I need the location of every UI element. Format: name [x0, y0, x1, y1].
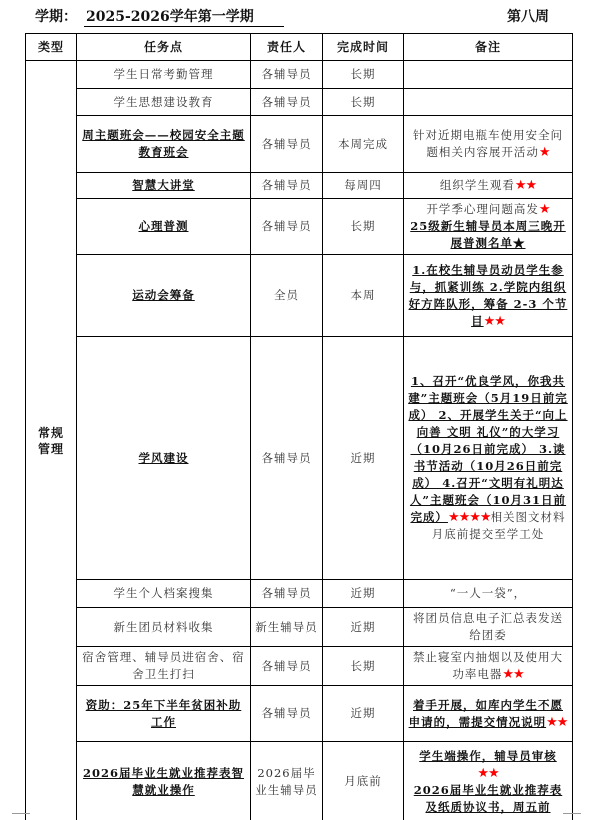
task-cell: 运动会筹备: [77, 255, 251, 337]
owner-cell: 各辅导员: [251, 199, 323, 255]
note-bold-text: 学生端操作，辅导员审核: [419, 749, 557, 763]
due-cell: 本周完成: [323, 116, 404, 173]
red-star-icon: ★★: [484, 314, 505, 329]
col-header-task: 任务点: [77, 34, 251, 61]
col-header-due: 完成时间: [323, 34, 404, 61]
note-cell: 禁止寝室内抽烟以及使用大功率电器★★: [404, 647, 573, 686]
task-text: 心理普测: [139, 219, 189, 233]
task-cell: 心理普测: [77, 199, 251, 255]
term-value: 2025-2026学年第一学期: [84, 6, 284, 27]
red-star-icon: ★: [539, 202, 550, 217]
table-header-row: 类型 任务点 责任人 完成时间 备注: [26, 34, 573, 61]
due-cell: 近期: [323, 337, 404, 580]
owner-cell: 各辅导员: [251, 173, 323, 199]
owner-cell: 各辅导员: [251, 647, 323, 686]
task-cell: 新生团员材料收集: [77, 608, 251, 647]
task-cell: 周主题班会——校园安全主题教育班会: [77, 116, 251, 173]
red-star-icon: ★: [539, 145, 550, 160]
note-bold-text-2: 2026届毕业生就业推荐表及纸质协议书，周五前: [414, 783, 563, 814]
owner-cell: 各辅导员: [251, 89, 323, 116]
document-header: 学期： 2025-2026学年第一学期 第八周: [0, 4, 593, 28]
due-cell: 近期: [323, 580, 404, 608]
task-text: 学风建设: [139, 451, 189, 465]
task-text: 周主题班会——校园安全主题教育班会: [82, 128, 245, 159]
red-star-icon: ★★: [477, 766, 498, 781]
task-text: 资助：25年下半年贫困补助工作: [86, 698, 242, 729]
owner-cell: 各辅导员: [251, 686, 323, 742]
due-cell: 每周四: [323, 173, 404, 199]
task-cell: 学生个人档案搜集: [77, 580, 251, 608]
col-header-owner: 责任人: [251, 34, 323, 61]
task-cell: 学风建设: [77, 337, 251, 580]
task-cell: 智慧大讲堂: [77, 173, 251, 199]
note-text: 禁止寝室内抽烟以及使用大功率电器: [413, 650, 563, 681]
task-cell: 2026届毕业生就业推荐表智慧就业操作: [77, 742, 251, 820]
note-cell: “一人一袋”，: [404, 580, 573, 608]
owner-cell: 新生辅导员: [251, 608, 323, 647]
task-cell: 学生日常考勤管理: [77, 61, 251, 89]
table-row: 学风建设 各辅导员 近期 1、召开“优良学风，你我共建”主题班会（5月19日前完…: [26, 337, 573, 580]
owner-cell: 全员: [251, 255, 323, 337]
due-cell: 长期: [323, 199, 404, 255]
note-cell: 将团员信息电子汇总表发送给团委: [404, 608, 573, 647]
note-cell: 1、召开“优良学风，你我共建”主题班会（5月19日前完成） 2、开展学生关于“向…: [404, 337, 573, 580]
category-cell: 常规管理: [26, 61, 77, 820]
red-star-icon: ★★: [515, 178, 536, 193]
due-cell: 近期: [323, 686, 404, 742]
due-cell: 月底前: [323, 742, 404, 820]
due-cell: 长期: [323, 89, 404, 116]
note-cell: [404, 89, 573, 116]
table-row: 2026届毕业生就业推荐表智慧就业操作 2026届毕业生辅导员 月底前 学生端操…: [26, 742, 573, 820]
table-row: 新生团员材料收集 新生辅导员 近期 将团员信息电子汇总表发送给团委: [26, 608, 573, 647]
col-header-note: 备注: [404, 34, 573, 61]
col-header-type: 类型: [26, 34, 77, 61]
page-corner-mark-right: [563, 813, 581, 820]
task-table: 类型 任务点 责任人 完成时间 备注 常规管理 学生日常考勤管理 各辅导员 长期…: [25, 33, 573, 820]
note-cell: [404, 61, 573, 89]
table-row: 学生思想建设教育 各辅导员 长期: [26, 89, 573, 116]
table-row: 智慧大讲堂 各辅导员 每周四 组织学生观看★★: [26, 173, 573, 199]
table-row: 周主题班会——校园安全主题教育班会 各辅导员 本周完成 针对近期电瓶车使用安全问…: [26, 116, 573, 173]
owner-cell: 各辅导员: [251, 337, 323, 580]
owner-cell: 各辅导员: [251, 61, 323, 89]
red-star-icon: ★★: [546, 715, 567, 730]
category-label: 常规管理: [38, 426, 64, 456]
note-cell: 着手开展，如库内学生不愿申请的，需提交情况说明★★: [404, 686, 573, 742]
owner-cell: 2026届毕业生辅导员: [251, 742, 323, 820]
task-text: 智慧大讲堂: [132, 178, 195, 192]
note-cell: 1.在校生辅导员动员学生参与，抓紧训练 2.学院内组织好方阵队形，筹备 2-3 …: [404, 255, 573, 337]
table-row: 宿舍管理、辅导员进宿舍、宿舍卫生打扫 各辅导员 长期 禁止寝室内抽烟以及使用大功…: [26, 647, 573, 686]
note-cell: 针对近期电瓶车使用安全问题相关内容展开活动★: [404, 116, 573, 173]
table-row: 常规管理 学生日常考勤管理 各辅导员 长期: [26, 61, 573, 89]
note-text: 开学季心理问题高发: [426, 202, 539, 216]
red-star-icon: ★★: [502, 667, 523, 682]
table-row: 运动会筹备 全员 本周 1.在校生辅导员动员学生参与，抓紧训练 2.学院内组织好…: [26, 255, 573, 337]
note-text: 组织学生观看: [440, 178, 515, 192]
note-bold-text: 25级新生辅导员本周三晚开展普测名单★: [410, 219, 566, 250]
week-label: 第八周: [507, 6, 549, 26]
task-text: 运动会筹备: [132, 288, 195, 302]
note-bold-text: 着手开展，如库内学生不愿申请的，需提交情况说明: [409, 698, 563, 729]
due-cell: 近期: [323, 608, 404, 647]
table-row: 资助：25年下半年贫困补助工作 各辅导员 近期 着手开展，如库内学生不愿申请的，…: [26, 686, 573, 742]
note-bold-text: 1、召开“优良学风，你我共建”主题班会（5月19日前完成） 2、开展学生关于“向…: [408, 374, 568, 524]
page-corner-mark-left: [12, 813, 30, 820]
note-cell: 组织学生观看★★: [404, 173, 573, 199]
red-star-icon: ★★★★: [448, 510, 491, 525]
task-cell: 学生思想建设教育: [77, 89, 251, 116]
table-row: 心理普测 各辅导员 长期 开学季心理问题高发★25级新生辅导员本周三晚开展普测名…: [26, 199, 573, 255]
table-row: 学生个人档案搜集 各辅导员 近期 “一人一袋”，: [26, 580, 573, 608]
owner-cell: 各辅导员: [251, 116, 323, 173]
note-cell: 开学季心理问题高发★25级新生辅导员本周三晚开展普测名单★: [404, 199, 573, 255]
term-label: 学期：: [35, 6, 77, 26]
due-cell: 长期: [323, 61, 404, 89]
note-cell: 学生端操作，辅导员审核★★2026届毕业生就业推荐表及纸质协议书，周五前: [404, 742, 573, 820]
task-cell: 宿舍管理、辅导员进宿舍、宿舍卫生打扫: [77, 647, 251, 686]
due-cell: 本周: [323, 255, 404, 337]
task-text: 2026届毕业生就业推荐表智慧就业操作: [83, 766, 244, 797]
due-cell: 长期: [323, 647, 404, 686]
task-cell: 资助：25年下半年贫困补助工作: [77, 686, 251, 742]
owner-cell: 各辅导员: [251, 580, 323, 608]
